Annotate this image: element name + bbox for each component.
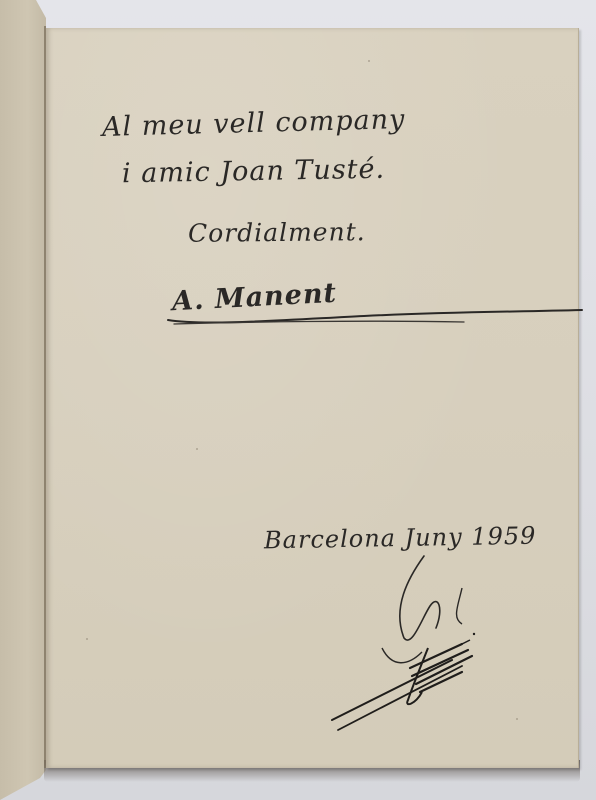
signature-underline-stroke	[164, 290, 584, 330]
paper-speck	[516, 718, 518, 720]
paper-speck	[196, 448, 198, 450]
paper-speck	[368, 60, 370, 62]
dedication-closing: Cordialment.	[188, 217, 366, 248]
photo-scene: Al meu vell company i amic Joan Tusté. C…	[0, 0, 596, 800]
book-cover-edge	[0, 0, 46, 800]
second-signature-flourish	[312, 548, 512, 738]
paper-speck	[86, 638, 88, 640]
book-gutter-line	[44, 26, 46, 768]
dedication-line-2: i amic Joan Tusté.	[122, 154, 386, 190]
dedication-line-1: Al meu vell company	[102, 104, 406, 143]
book-page: Al meu vell company i amic Joan Tusté. C…	[46, 28, 579, 768]
